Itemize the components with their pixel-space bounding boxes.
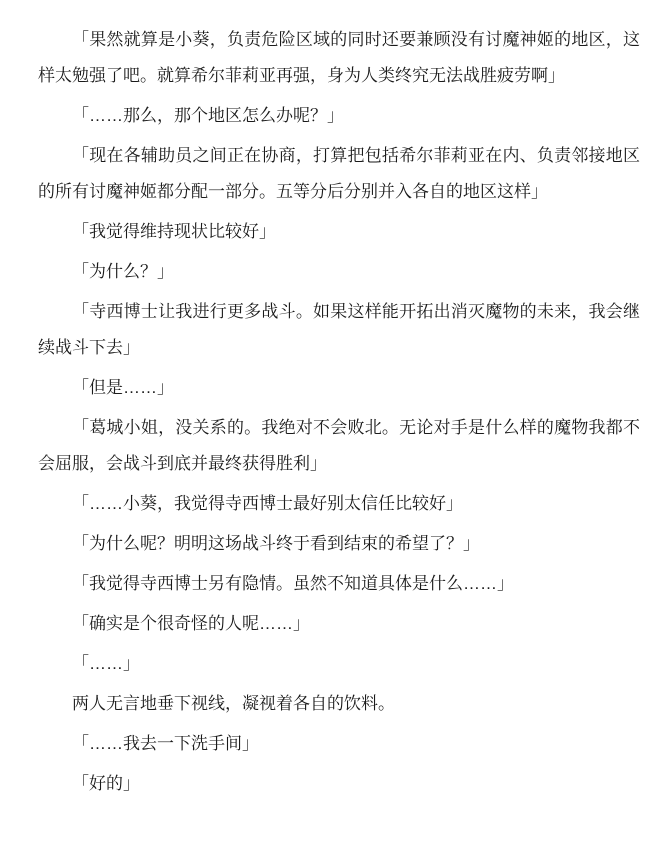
dialogue-paragraph: 「现在各辅助员之间正在协商，打算把包括希尔菲莉亚在内、负责邻接地区的所有讨魔神姬… <box>38 138 640 210</box>
dialogue-paragraph: 「葛城小姐，没关系的。我绝对不会败北。无论对手是什么样的魔物我都不会屈服，会战斗… <box>38 410 640 482</box>
dialogue-paragraph: 「为什么呢？明明这场战斗终于看到结束的希望了？」 <box>38 526 640 562</box>
dialogue-paragraph: 「寺西博士让我进行更多战斗。如果这样能开拓出消灭魔物的未来，我会继续战斗下去」 <box>38 294 640 366</box>
dialogue-paragraph: 「……我去一下洗手间」 <box>38 726 640 762</box>
dialogue-paragraph: 「但是……」 <box>38 370 640 406</box>
dialogue-paragraph: 「我觉得寺西博士另有隐情。虽然不知道具体是什么……」 <box>38 566 640 602</box>
dialogue-paragraph: 「确实是个很奇怪的人呢……」 <box>38 606 640 642</box>
dialogue-paragraph: 「我觉得维持现状比较好」 <box>38 214 640 250</box>
dialogue-paragraph: 「……」 <box>38 646 640 682</box>
dialogue-paragraph: 「好的」 <box>38 766 640 802</box>
dialogue-paragraph: 「……小葵，我觉得寺西博士最好别太信任比较好」 <box>38 486 640 522</box>
narration-paragraph: 两人无言地垂下视线，凝视着各自的饮料。 <box>38 686 640 722</box>
dialogue-paragraph: 「果然就算是小葵，负责危险区域的同时还要兼顾没有讨魔神姬的地区，这样太勉强了吧。… <box>38 22 640 94</box>
dialogue-paragraph: 「……那么，那个地区怎么办呢？」 <box>38 98 640 134</box>
dialogue-paragraph: 「为什么？」 <box>38 254 640 290</box>
novel-text-page: 「果然就算是小葵，负责危险区域的同时还要兼顾没有讨魔神姬的地区，这样太勉强了吧。… <box>0 0 650 850</box>
